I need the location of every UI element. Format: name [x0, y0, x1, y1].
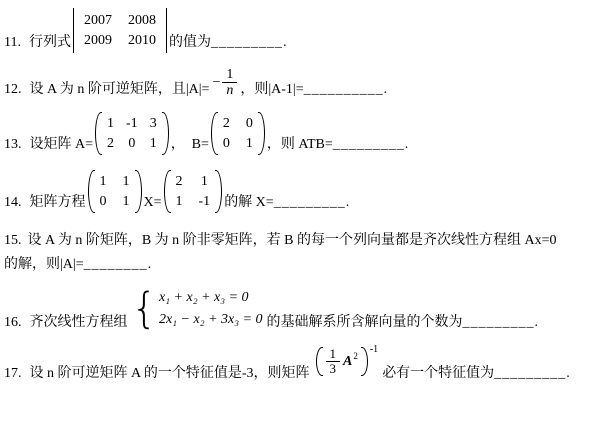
period: . — [148, 257, 152, 274]
matrix-cell: 1 — [176, 192, 183, 211]
blank-line: _________ — [494, 366, 566, 384]
question-number: 13. — [4, 137, 22, 155]
right-paren — [361, 347, 368, 376]
matrix-b: 2 0 0 1 — [211, 112, 265, 155]
matrix-cell: 2 — [223, 114, 230, 133]
exponent-inverse: -1 — [370, 344, 378, 355]
question-number: 11. — [4, 35, 21, 53]
question-number: 16. — [4, 315, 22, 333]
fraction-expression: − 1 n — [212, 67, 237, 98]
matrix-body: 1 -1 3 2 0 1 — [102, 112, 162, 155]
question-text: X= — [144, 195, 162, 213]
determinant-cell: 2008 — [128, 11, 156, 30]
determinant-cell: 2010 — [128, 31, 156, 50]
question-11: 11. 行列式 2007 2008 2009 2010 的值为 ________… — [4, 8, 612, 53]
question-text: 行列式 — [29, 31, 71, 53]
question-text: 矩阵方程 — [30, 191, 86, 213]
matrix-coefficient: 1 1 0 1 — [88, 170, 142, 213]
blank-line: _________ — [463, 315, 535, 333]
fraction-denominator: n — [226, 83, 233, 98]
determinant-body: 2007 2008 2009 2010 — [79, 9, 161, 52]
matrix-cell: 1 — [100, 172, 107, 191]
matrix-cell: 0 — [100, 192, 107, 211]
equations: x₁ + x₂ + x₃ = 0 2x₁ − x₂ + 3x₃ = 0 — [159, 287, 263, 331]
fraction-numerator: 1 — [326, 347, 341, 362]
period: . — [283, 35, 287, 53]
determinant-cell: 2007 — [84, 11, 112, 30]
question-text: 的基础解系所含解向量的个数为 — [267, 311, 463, 333]
period: . — [405, 137, 409, 155]
inverse-matrix-expression: 1 3 A 2 -1 — [316, 347, 379, 376]
question-text: ，则|A-1|= — [240, 78, 303, 100]
exponent-2: 2 — [353, 351, 358, 361]
fraction-denominator: 3 — [330, 362, 337, 376]
matrix-cell: 1 — [150, 134, 157, 153]
question-15: 15.设 A 为 n 阶矩阵，B 为 n 阶非零矩阵，若 B 的每一个列向量都是… — [4, 229, 612, 277]
matrix-cell: -1 — [199, 192, 211, 211]
matrix-cell: 0 — [246, 114, 253, 133]
question-text: 设矩阵 A= — [30, 133, 94, 155]
matrix-body: 1 1 0 1 — [95, 170, 135, 213]
matrix-cell: -1 — [126, 114, 138, 133]
blank-line: _________ — [211, 35, 283, 53]
period: . — [535, 315, 539, 333]
question-12: 12. 设 A 为 n 阶可逆矩阵，且|A|= − 1 n ，则|A-1|= _… — [4, 67, 612, 100]
matrix-body: 2 0 0 1 — [218, 112, 258, 155]
matrix-cell: 1 — [246, 134, 253, 153]
matrix-cell: 1 — [123, 172, 130, 191]
question-text: 齐次线性方程组 — [30, 311, 128, 333]
matrix-cell: 3 — [150, 114, 157, 133]
matrix-cell: 1 — [123, 192, 130, 211]
question-17: 17. 设 n 阶可逆矩阵 A 的一个特征值是-3，则矩阵 1 3 A 2 -1… — [4, 347, 612, 384]
blank-line: _________ — [274, 195, 346, 213]
question-text: ，则 ATB= — [267, 133, 333, 155]
question-13: 13. 设矩阵 A= 1 -1 3 2 0 1 ， B= 2 0 0 1 — [4, 112, 612, 155]
right-paren — [258, 112, 265, 155]
matrix-body: 2 1 1 -1 — [171, 170, 216, 213]
left-paren — [88, 170, 95, 213]
right-paren — [162, 112, 169, 155]
question-text: 设 n 阶可逆矩阵 A 的一个特征值是-3，则矩阵 — [30, 362, 310, 384]
matrix-cell: 1 — [201, 172, 208, 191]
question-text: 的解 X= — [224, 191, 274, 213]
fraction: 1 3 — [326, 347, 341, 376]
equation-2: 2x₁ − x₂ + 3x₃ = 0 — [159, 309, 263, 331]
question-text: 设 A 为 n 阶矩阵，B 为 n 阶非零矩阵，若 B 的每一个列向量都是齐次线… — [28, 233, 557, 250]
left-paren — [211, 112, 218, 155]
matrix-cell: 0 — [128, 134, 135, 153]
matrix-rhs: 2 1 1 -1 — [164, 170, 223, 213]
question-text: 的解，则|A|= — [4, 257, 84, 274]
minus-sign: − — [212, 75, 220, 91]
question-number: 17. — [4, 366, 22, 384]
right-paren — [215, 170, 222, 213]
left-paren — [164, 170, 171, 213]
blank-line: _________ — [333, 137, 405, 155]
question-number: 14. — [4, 195, 22, 213]
fraction: 1 n — [222, 67, 237, 98]
expression-body: 1 3 A 2 — [323, 347, 361, 376]
question-number: 12. — [4, 82, 22, 100]
blank-line: ________ — [84, 257, 148, 274]
fraction-numerator: 1 — [222, 67, 237, 83]
period: . — [346, 195, 350, 213]
period: . — [384, 82, 388, 100]
question-text: 必有一个特征值为 — [382, 362, 494, 384]
determinant: 2007 2008 2009 2010 — [73, 8, 167, 53]
blank-line: __________ — [304, 82, 384, 100]
question-number: 15. — [4, 233, 22, 250]
matrix-cell: 2 — [176, 172, 183, 191]
matrix-cell: 0 — [223, 134, 230, 153]
equation-1: x₁ + x₂ + x₃ = 0 — [159, 287, 263, 309]
document-page: 11. 行列式 2007 2008 2009 2010 的值为 ________… — [0, 0, 616, 427]
matrix-cell: 1 — [107, 114, 114, 133]
matrix-symbol: A — [343, 354, 352, 370]
brace: { — [132, 290, 157, 328]
question-text: 设 A 为 n 阶可逆矩阵，且|A|= — [30, 78, 210, 100]
left-paren — [95, 112, 102, 155]
period: . — [566, 366, 570, 384]
question-14: 14. 矩阵方程 1 1 0 1 X= 2 1 1 -1 的解 X= _____… — [4, 170, 612, 213]
matrix-a: 1 -1 3 2 0 1 — [95, 112, 169, 155]
question-16: 16. 齐次线性方程组 { x₁ + x₂ + x₃ = 0 2x₁ − x₂ … — [4, 287, 612, 333]
left-paren — [316, 347, 323, 376]
question-text: ， B= — [171, 133, 209, 155]
equation-system: { x₁ + x₂ + x₃ = 0 2x₁ − x₂ + 3x₃ = 0 — [132, 287, 263, 331]
matrix-cell: 2 — [107, 134, 114, 153]
question-text: 的值为 — [169, 31, 211, 53]
right-paren — [135, 170, 142, 213]
determinant-cell: 2009 — [84, 31, 112, 50]
